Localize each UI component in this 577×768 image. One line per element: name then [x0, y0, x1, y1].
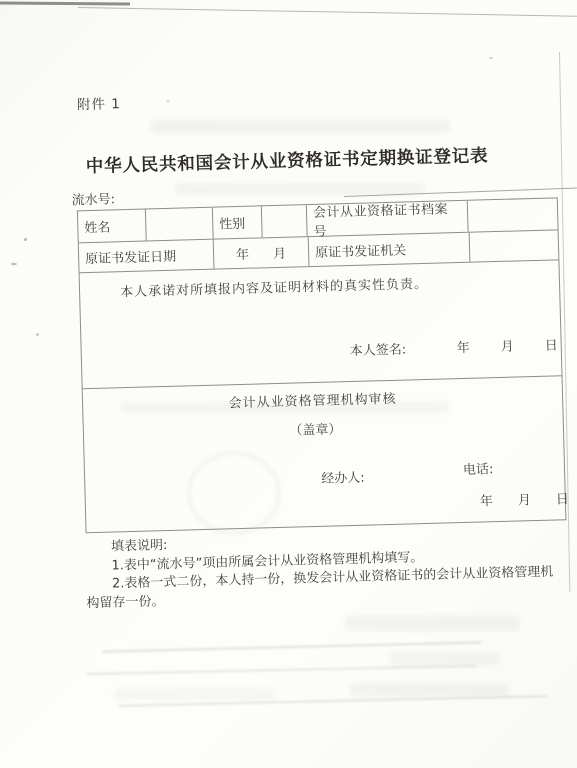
original-issue-date-value-cell: 年 月 [213, 237, 309, 269]
year-label: 年 [480, 490, 494, 509]
gender-value-cell [261, 205, 307, 237]
signature-date-blanks: 年 月 日 [456, 334, 558, 356]
review-date-blanks: 年 月 日 [480, 488, 570, 509]
seal-placeholder-label: （盖章） [76, 413, 555, 445]
commitment-statement: 本人承诺对所填报内容及证明材料的真实性负责。 [120, 273, 428, 300]
table-row-commitment: 本人承诺对所填报内容及证明材料的真实性负责。 本人签名: 年 月 日 [80, 259, 562, 388]
original-issuer-label: 原证书发证机关 [308, 233, 470, 266]
gender-label: 性别 [212, 206, 262, 238]
phone-label: 电话: [463, 458, 494, 478]
year-label: 年 [236, 244, 250, 263]
month-label: 月 [500, 336, 514, 355]
name-value-cell [145, 208, 213, 241]
form-title: 中华人民共和国会计从业资格证书定期换证登记表 [0, 140, 576, 181]
signature-label: 本人签名: [349, 339, 406, 360]
original-issue-date-label: 原证书发证日期 [79, 240, 214, 273]
day-label: 日 [556, 488, 570, 507]
serial-number-label: 流水号: [71, 188, 115, 208]
day-label: 日 [544, 334, 558, 353]
name-label: 姓名 [78, 210, 146, 243]
attachment-label: 附件 1 [77, 92, 121, 113]
month-label: 月 [273, 243, 287, 262]
certificate-file-number-label: 会计从业资格证书档案号 [306, 201, 468, 236]
original-issuer-value-cell [469, 230, 559, 261]
year-label: 年 [456, 337, 470, 356]
form-filling-notes: 填表说明: 1.表中“流水号”项由所属会计从业资格管理机构填写。 2.表格一式二… [85, 527, 555, 614]
month-label: 月 [518, 489, 532, 508]
scanned-form-page: { "page": { "attachment_label": "附件 1", … [0, 0, 577, 768]
scanned-sheet: 附件 1 中华人民共和国会计从业资格证书定期换证登记表 流水号: 姓名 性别 会… [0, 0, 577, 768]
agency-review-title: 会计从业资格管理机构审核 [73, 384, 552, 416]
table-row-agency-review: 会计从业资格管理机构审核 （盖章） 经办人: 电话: 年 月 日 [83, 375, 566, 532]
handler-label: 经办人: [321, 467, 365, 487]
certificate-file-number-value-cell [467, 198, 558, 231]
registration-table: 姓名 性别 会计从业资格证书档案号 原证书发证日期 年 月 原证书发证机关 本人… [77, 197, 567, 533]
